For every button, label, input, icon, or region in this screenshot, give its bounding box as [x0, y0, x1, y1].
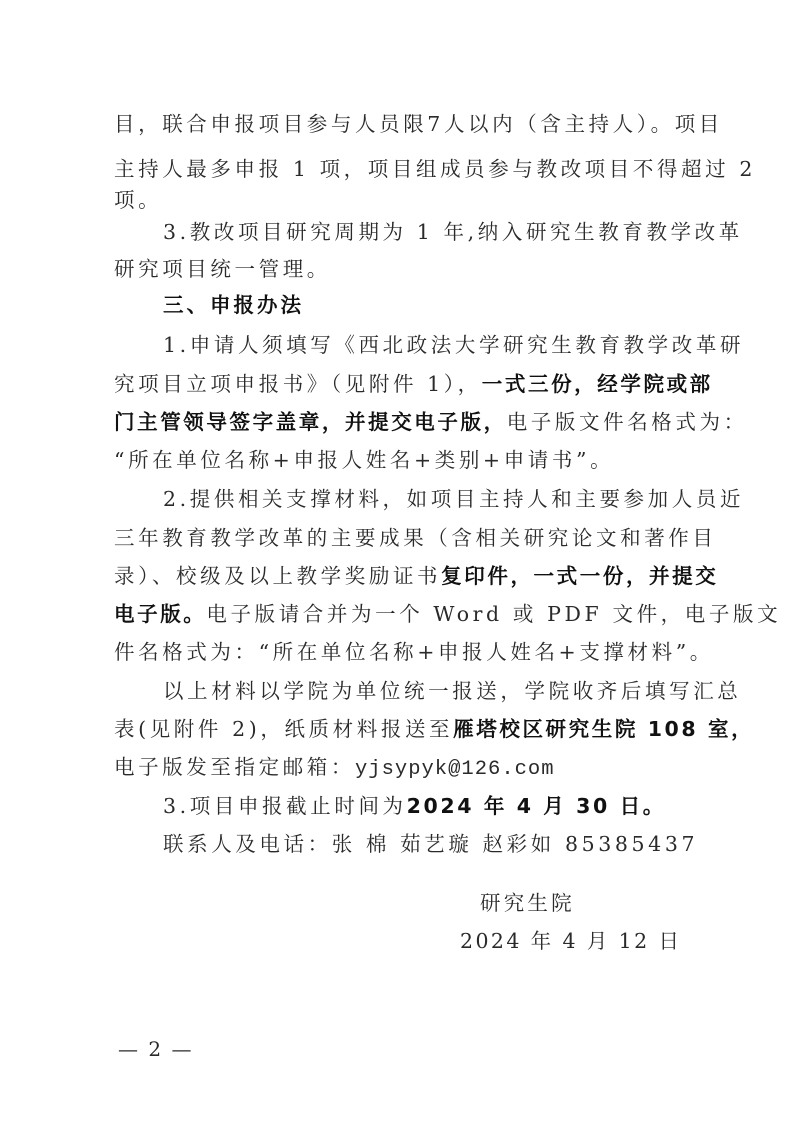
paragraph-line: 究项目立项申报书》（见附件 1），一式三份，经学院或部 [114, 371, 680, 397]
text: 目，联合申报项目参与人员限7人以内（含主持人）。项目 [114, 112, 723, 136]
paragraph-line: 项。 [114, 187, 680, 213]
paragraph-line: 录）、校级及以上教学奖励证书复印件，一式一份，并提交 [114, 563, 680, 589]
text: 表(见附件 2)，纸质材料报送至 [114, 717, 453, 741]
paragraph-line: 主持人最多申报 1 项，项目组成员参与教改项目不得超过 2 [114, 156, 680, 182]
paragraph-line: 电子版发至指定邮箱：yjsypyk@126.com [114, 754, 680, 783]
org-text: 研究生院 [480, 891, 575, 915]
paragraph-line: 表(见附件 2)，纸质材料报送至雁塔校区研究生院 108 室， [114, 716, 680, 742]
date-text: 2024 年 4 月 12 日 [460, 929, 681, 953]
text: 录）、校级及以上教学奖励证书 [114, 564, 441, 588]
section-heading: 三、申报办法 [163, 292, 729, 318]
text: 2.提供相关支撑材料，如项目主持人和主要参加人员近 [163, 487, 744, 511]
signature-org: 研究生院 [480, 890, 575, 916]
text: 三年教育教学改革的主要成果（含相关研究论文和著作目 [114, 526, 717, 550]
text: 主持人最多申报 1 项，项目组成员参与教改项目不得超过 2 [114, 157, 756, 181]
text: “所在单位名称+申报人姓名+类别+申请书”。 [114, 448, 614, 472]
paragraph-line: 以上材料以学院为单位统一报送，学院收齐后填写汇总 [163, 678, 729, 704]
text: 1.申请人须填写《西北政法大学研究生教育教学改革研 [163, 333, 744, 357]
heading-text: 三、申报办法 [163, 293, 304, 317]
paragraph-line: 3.项目申报截止时间为2024 年 4 月 30 日。 [163, 793, 729, 819]
paragraph-line: 3.教改项目研究周期为 1 年,纳入研究生教育教学改革 [163, 219, 729, 245]
document-page: 目，联合申报项目参与人员限7人以内（含主持人）。项目 主持人最多申报 1 项，项… [0, 0, 793, 1122]
bold-text: 雁塔校区研究生院 108 室， [453, 717, 754, 741]
paragraph-line: 件名格式为：“所在单位名称+申报人姓名+支撑材料”。 [114, 639, 680, 665]
paragraph-line: 门主管领导签字盖章，并提交电子版，电子版文件名格式为： [114, 409, 680, 435]
text: 电子版发至指定邮箱： [114, 755, 355, 779]
text: 电子版文件名格式为： [507, 410, 748, 434]
signature-date: 2024 年 4 月 12 日 [460, 928, 681, 954]
email-link[interactable]: yjsypyk@126.com [355, 758, 555, 781]
paragraph-line: 目，联合申报项目参与人员限7人以内（含主持人）。项目 [114, 111, 680, 137]
text: 项。 [114, 188, 162, 212]
paragraph-line: 2.提供相关支撑材料，如项目主持人和主要参加人员近 [163, 486, 729, 512]
page-number-text: — 2 — [118, 1037, 193, 1061]
paragraph-line: 电子版。电子版请合并为一个 Word 或 PDF 文件，电子版文 [114, 601, 680, 627]
text: 3.教改项目研究周期为 1 年,纳入研究生教育教学改革 [163, 220, 743, 244]
contact-line: 联系人及电话：张 棉 茹艺璇 赵彩如 85385437 [163, 831, 729, 857]
text: 件名格式为：“所在单位名称+申报人姓名+支撑材料”。 [114, 640, 714, 664]
text: 研究项目统一管理。 [114, 257, 331, 281]
text: 3.项目申报截止时间为 [163, 794, 407, 818]
text: 究项目立项申报书》（见附件 1）， [114, 372, 482, 396]
paragraph-line: “所在单位名称+申报人姓名+类别+申请书”。 [114, 447, 680, 473]
paragraph-line: 1.申请人须填写《西北政法大学研究生教育教学改革研 [163, 332, 729, 358]
paragraph-line: 三年教育教学改革的主要成果（含相关研究论文和著作目 [114, 525, 680, 551]
deadline-date: 2024 年 4 月 30 日。 [407, 794, 666, 818]
bold-text: 复印件，一式一份，并提交 [441, 564, 718, 588]
contact-text: 联系人及电话：张 棉 茹艺璇 赵彩如 85385437 [163, 832, 698, 856]
page-number: — 2 — [118, 1036, 193, 1062]
text: 电子版请合并为一个 Word 或 PDF 文件，电子版文 [206, 602, 781, 626]
bold-text: 门主管领导签字盖章，并提交电子版， [114, 410, 507, 434]
bold-text: 一式三份，经学院或部 [482, 372, 713, 396]
bold-text: 电子版。 [114, 602, 206, 626]
paragraph-line: 研究项目统一管理。 [114, 256, 680, 282]
text: 以上材料以学院为单位统一报送，学院收齐后填写汇总 [163, 679, 741, 703]
